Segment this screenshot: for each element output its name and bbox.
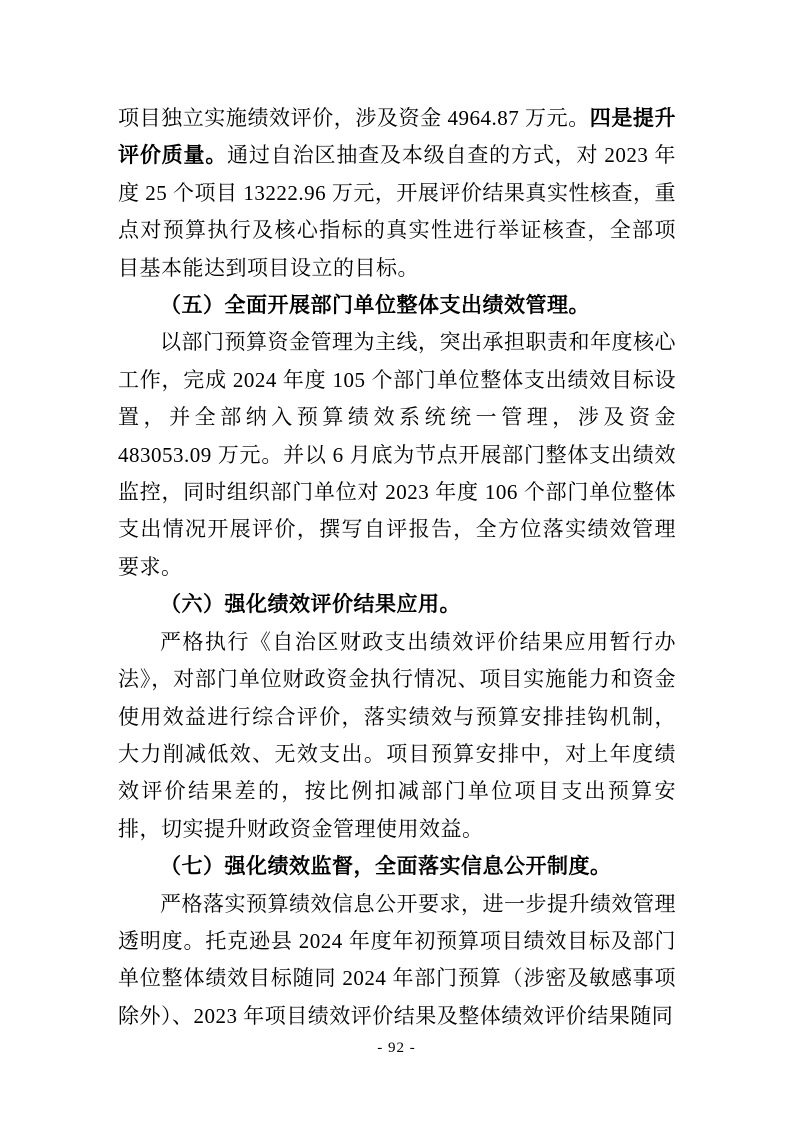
- paragraph: 严格执行《自治区财政支出绩效评价结果应用暂行办法》，对部门单位财政资金执行情况、…: [118, 624, 676, 848]
- paragraph: 以部门预算资金管理为主线，突出承担职责和年度核心工作，完成 2024 年度 10…: [118, 324, 676, 586]
- paragraph: 严格落实预算绩效信息公开要求，进一步提升绩效管理透明度。托克逊县 2024 年度…: [118, 886, 676, 1036]
- text-run: 以部门预算资金管理为主线，突出承担职责和年度核心工作，完成 2024 年度 10…: [118, 330, 676, 578]
- document-page: 项目独立实施绩效评价，涉及资金 4964.87 万元。四是提升评价质量。通过自治…: [0, 0, 793, 1122]
- bold-text-run: （六）强化绩效评价结果应用。: [160, 592, 461, 616]
- bold-text-run: （七）强化绩效监督，全面落实信息公开制度。: [160, 854, 612, 878]
- text-run: 严格落实预算绩效信息公开要求，进一步提升绩效管理透明度。托克逊县 2024 年度…: [118, 892, 676, 1028]
- section-heading: （七）强化绩效监督，全面落实信息公开制度。: [118, 848, 676, 885]
- section-heading: （五）全面开展部门单位整体支出绩效管理。: [118, 287, 676, 324]
- section-heading: （六）强化绩效评价结果应用。: [118, 586, 676, 623]
- page-number: - 92 -: [0, 1040, 793, 1057]
- paragraph: 项目独立实施绩效评价，涉及资金 4964.87 万元。四是提升评价质量。通过自治…: [118, 100, 676, 287]
- document-body: 项目独立实施绩效评价，涉及资金 4964.87 万元。四是提升评价质量。通过自治…: [118, 100, 676, 1035]
- bold-text-run: （五）全面开展部门单位整体支出绩效管理。: [160, 293, 590, 317]
- text-run: 项目独立实施绩效评价，涉及资金 4964.87 万元。: [118, 106, 590, 130]
- text-run: 严格执行《自治区财政支出绩效评价结果应用暂行办法》，对部门单位财政资金执行情况、…: [118, 630, 676, 841]
